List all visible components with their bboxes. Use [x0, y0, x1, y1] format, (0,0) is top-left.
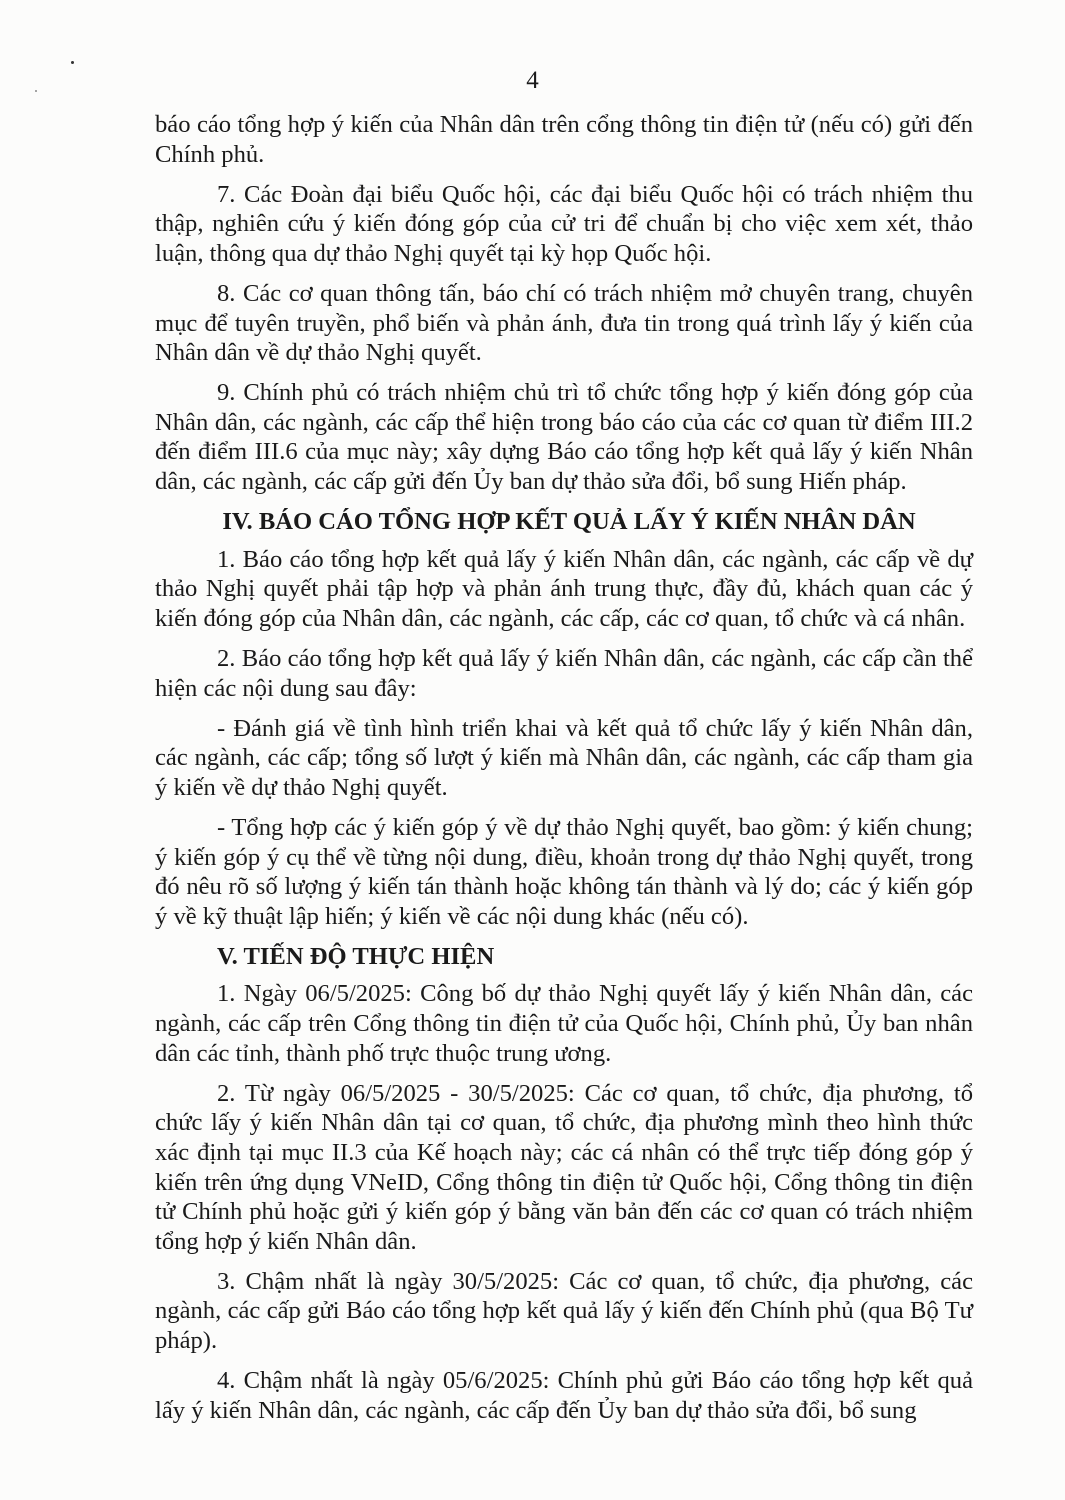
bullet-assessment: - Đánh giá về tình hình triển khai và kế… — [155, 714, 973, 803]
paragraph-v-1: 1. Ngày 06/5/2025: Công bố dự thảo Nghị … — [155, 979, 973, 1068]
paragraph-iv-1: 1. Báo cáo tổng hợp kết quả lấy ý kiến N… — [155, 545, 973, 634]
paragraph-continuation: báo cáo tổng hợp ý kiến của Nhân dân trê… — [155, 110, 973, 169]
bullet-summary: - Tổng hợp các ý kiến góp ý về dự thảo N… — [155, 813, 973, 931]
paragraph-v-2: 2. Từ ngày 06/5/2025 - 30/5/2025: Các cơ… — [155, 1079, 973, 1257]
document-body: báo cáo tổng hợp ý kiến của Nhân dân trê… — [155, 110, 973, 1436]
paragraph-item-7: 7. Các Đoàn đại biểu Quốc hội, các đại b… — [155, 180, 973, 269]
paragraph-iv-2: 2. Báo cáo tổng hợp kết quả lấy ý kiến N… — [155, 644, 973, 703]
section-heading-iv: IV. BÁO CÁO TỔNG HỢP KẾT QUẢ LẤY Ý KIẾN … — [155, 507, 973, 537]
paragraph-v-3: 3. Chậm nhất là ngày 30/5/2025: Các cơ q… — [155, 1267, 973, 1356]
scan-speck — [71, 61, 74, 64]
paragraph-item-9: 9. Chính phủ có trách nhiệm chủ trì tổ c… — [155, 378, 973, 496]
page-number: 4 — [0, 66, 1065, 96]
section-heading-v: V. TIẾN ĐỘ THỰC HIỆN — [155, 942, 973, 972]
paragraph-item-8: 8. Các cơ quan thông tấn, báo chí có trá… — [155, 279, 973, 368]
paragraph-v-4: 4. Chậm nhất là ngày 05/6/2025: Chính ph… — [155, 1366, 973, 1425]
